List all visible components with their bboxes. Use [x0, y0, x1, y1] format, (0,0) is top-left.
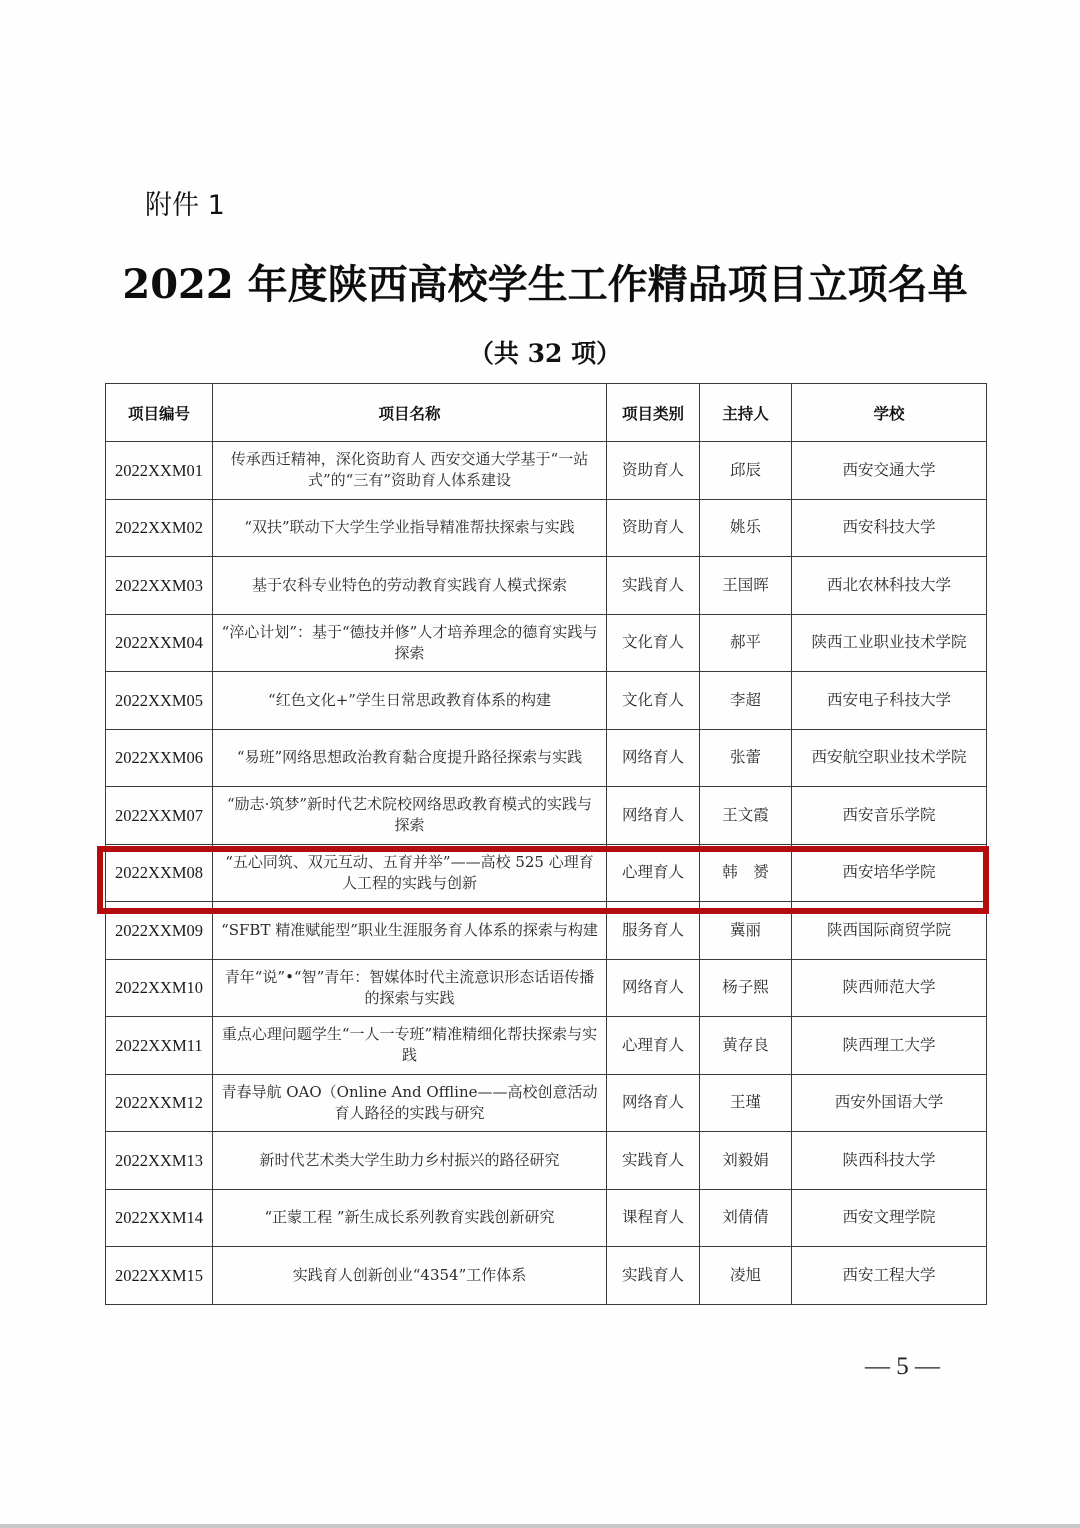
- project-school: 西安科技大学: [792, 499, 987, 557]
- project-host: 李超: [700, 672, 792, 730]
- project-code: 2022XXM03: [106, 557, 213, 615]
- project-category: 心理育人: [607, 844, 700, 902]
- table-row: 2022XXM07 “励志·筑梦”新时代艺术院校网络思政教育模式的实践与探索 网…: [106, 787, 987, 845]
- project-school: 陕西科技大学: [792, 1132, 987, 1190]
- project-school: 西安外国语大学: [792, 1074, 987, 1132]
- project-school: 西安交通大学: [792, 442, 987, 500]
- project-name: 青春导航 OAO（Online And Offline——高校创意活动育人路径的…: [213, 1074, 607, 1132]
- project-category: 文化育人: [607, 614, 700, 672]
- project-category: 实践育人: [607, 557, 700, 615]
- project-host: 刘倩倩: [700, 1189, 792, 1247]
- project-code: 2022XXM01: [106, 442, 213, 500]
- project-school: 西安工程大学: [792, 1247, 987, 1305]
- project-category: 实践育人: [607, 1247, 700, 1305]
- project-school: 西安航空职业技术学院: [792, 729, 987, 787]
- project-category: 网络育人: [607, 787, 700, 845]
- project-school: 陕西师范大学: [792, 959, 987, 1017]
- project-school: 陕西理工大学: [792, 1017, 987, 1075]
- project-host: 杨子熙: [700, 959, 792, 1017]
- project-school: 西安音乐学院: [792, 787, 987, 845]
- project-name: “双扶”联动下大学生学业指导精准帮扶探索与实践: [213, 499, 607, 557]
- project-category: 网络育人: [607, 1074, 700, 1132]
- project-host: 凌旭: [700, 1247, 792, 1305]
- project-code: 2022XXM06: [106, 729, 213, 787]
- project-code: 2022XXM08: [106, 844, 213, 902]
- project-host: 邱辰: [700, 442, 792, 500]
- project-school: 陕西工业职业技术学院: [792, 614, 987, 672]
- project-school: 西安文理学院: [792, 1189, 987, 1247]
- project-category: 文化育人: [607, 672, 700, 730]
- header-project-code: 项目编号: [106, 384, 213, 442]
- project-name: 基于农科专业特色的劳动教育实践育人模式探索: [213, 557, 607, 615]
- project-host: 王文霞: [700, 787, 792, 845]
- header-project-category: 项目类别: [607, 384, 700, 442]
- project-category: 网络育人: [607, 729, 700, 787]
- table-row: 2022XXM12 青春导航 OAO（Online And Offline——高…: [106, 1074, 987, 1132]
- project-category: 实践育人: [607, 1132, 700, 1190]
- project-host: 冀丽: [700, 902, 792, 960]
- project-list-table: 项目编号 项目名称 项目类别 主持人 学校 2022XXM01 传承西迁精神，深…: [105, 383, 987, 1305]
- project-school: 西安电子科技大学: [792, 672, 987, 730]
- project-school: 西北农林科技大学: [792, 557, 987, 615]
- project-category: 服务育人: [607, 902, 700, 960]
- project-name: “五心同筑、双元互动、五育并举”——高校 525 心理育人工程的实践与创新: [213, 844, 607, 902]
- document-subtitle: （共 32 项）: [0, 334, 1080, 374]
- project-name: “SFBT 精准赋能型”职业生涯服务育人体系的探索与构建: [213, 902, 607, 960]
- page-number: — 5 —: [855, 1350, 950, 1384]
- project-category: 资助育人: [607, 499, 700, 557]
- project-code: 2022XXM15: [106, 1247, 213, 1305]
- project-name: 新时代艺术类大学生助力乡村振兴的路径研究: [213, 1132, 607, 1190]
- project-code: 2022XXM10: [106, 959, 213, 1017]
- project-name: “正蒙工程 ”新生成长系列教育实践创新研究: [213, 1189, 607, 1247]
- project-category: 资助育人: [607, 442, 700, 500]
- project-category: 课程育人: [607, 1189, 700, 1247]
- project-category: 心理育人: [607, 1017, 700, 1075]
- table-row-highlighted: 2022XXM08 “五心同筑、双元互动、五育并举”——高校 525 心理育人工…: [106, 844, 987, 902]
- project-code: 2022XXM04: [106, 614, 213, 672]
- table-row: 2022XXM01 传承西迁精神，深化资助育人 西安交通大学基于“一站式”的“三…: [106, 442, 987, 500]
- project-name: 重点心理问题学生“一人一专班”精准精细化帮扶探索与实践: [213, 1017, 607, 1075]
- project-code: 2022XXM11: [106, 1017, 213, 1075]
- header-host: 主持人: [700, 384, 792, 442]
- project-name: “励志·筑梦”新时代艺术院校网络思政教育模式的实践与探索: [213, 787, 607, 845]
- project-code: 2022XXM12: [106, 1074, 213, 1132]
- project-name: 实践育人创新创业“4354”工作体系: [213, 1247, 607, 1305]
- project-name: “红色文化+”学生日常思政教育体系的构建: [213, 672, 607, 730]
- project-host: 姚乐: [700, 499, 792, 557]
- table-row: 2022XXM03 基于农科专业特色的劳动教育实践育人模式探索 实践育人 王国晖…: [106, 557, 987, 615]
- header-project-name: 项目名称: [213, 384, 607, 442]
- project-code: 2022XXM13: [106, 1132, 213, 1190]
- project-host: 韩 赟: [700, 844, 792, 902]
- project-name: 青年“说”•“智”青年：智媒体时代主流意识形态话语传播的探索与实践: [213, 959, 607, 1017]
- table-row: 2022XXM14 “正蒙工程 ”新生成长系列教育实践创新研究 课程育人 刘倩倩…: [106, 1189, 987, 1247]
- project-name: “淬心计划”：基于“德技并修”人才培养理念的德育实践与探索: [213, 614, 607, 672]
- table-row: 2022XXM04 “淬心计划”：基于“德技并修”人才培养理念的德育实践与探索 …: [106, 614, 987, 672]
- bottom-edge-bar: [0, 1524, 1080, 1528]
- table-row: 2022XXM09 “SFBT 精准赋能型”职业生涯服务育人体系的探索与构建 服…: [106, 902, 987, 960]
- table-row: 2022XXM02 “双扶”联动下大学生学业指导精准帮扶探索与实践 资助育人 姚…: [106, 499, 987, 557]
- project-name: “易班”网络思想政治教育黏合度提升路径探索与实践: [213, 729, 607, 787]
- table-row: 2022XXM05 “红色文化+”学生日常思政教育体系的构建 文化育人 李超 西…: [106, 672, 987, 730]
- table-header-row: 项目编号 项目名称 项目类别 主持人 学校: [106, 384, 987, 442]
- project-host: 黄存良: [700, 1017, 792, 1075]
- table-row: 2022XXM13 新时代艺术类大学生助力乡村振兴的路径研究 实践育人 刘毅娟 …: [106, 1132, 987, 1190]
- table-row: 2022XXM11 重点心理问题学生“一人一专班”精准精细化帮扶探索与实践 心理…: [106, 1017, 987, 1075]
- project-category: 网络育人: [607, 959, 700, 1017]
- header-school: 学校: [792, 384, 987, 442]
- project-code: 2022XXM09: [106, 902, 213, 960]
- project-host: 张蕾: [700, 729, 792, 787]
- project-school: 陕西国际商贸学院: [792, 902, 987, 960]
- table-row: 2022XXM10 青年“说”•“智”青年：智媒体时代主流意识形态话语传播的探索…: [106, 959, 987, 1017]
- project-school: 西安培华学院: [792, 844, 987, 902]
- project-host: 王国晖: [700, 557, 792, 615]
- project-host: 郝平: [700, 614, 792, 672]
- project-code: 2022XXM07: [106, 787, 213, 845]
- project-host: 刘毅娟: [700, 1132, 792, 1190]
- document-title: 2022 年度陕西高校学生工作精品项目立项名单: [0, 258, 1080, 312]
- table-row: 2022XXM06 “易班”网络思想政治教育黏合度提升路径探索与实践 网络育人 …: [106, 729, 987, 787]
- project-code: 2022XXM14: [106, 1189, 213, 1247]
- project-code: 2022XXM05: [106, 672, 213, 730]
- project-host: 王瑾: [700, 1074, 792, 1132]
- table-row: 2022XXM15 实践育人创新创业“4354”工作体系 实践育人 凌旭 西安工…: [106, 1247, 987, 1305]
- project-code: 2022XXM02: [106, 499, 213, 557]
- project-name: 传承西迁精神，深化资助育人 西安交通大学基于“一站式”的“三有”资助育人体系建设: [213, 442, 607, 500]
- attachment-label: 附件 1: [145, 188, 225, 224]
